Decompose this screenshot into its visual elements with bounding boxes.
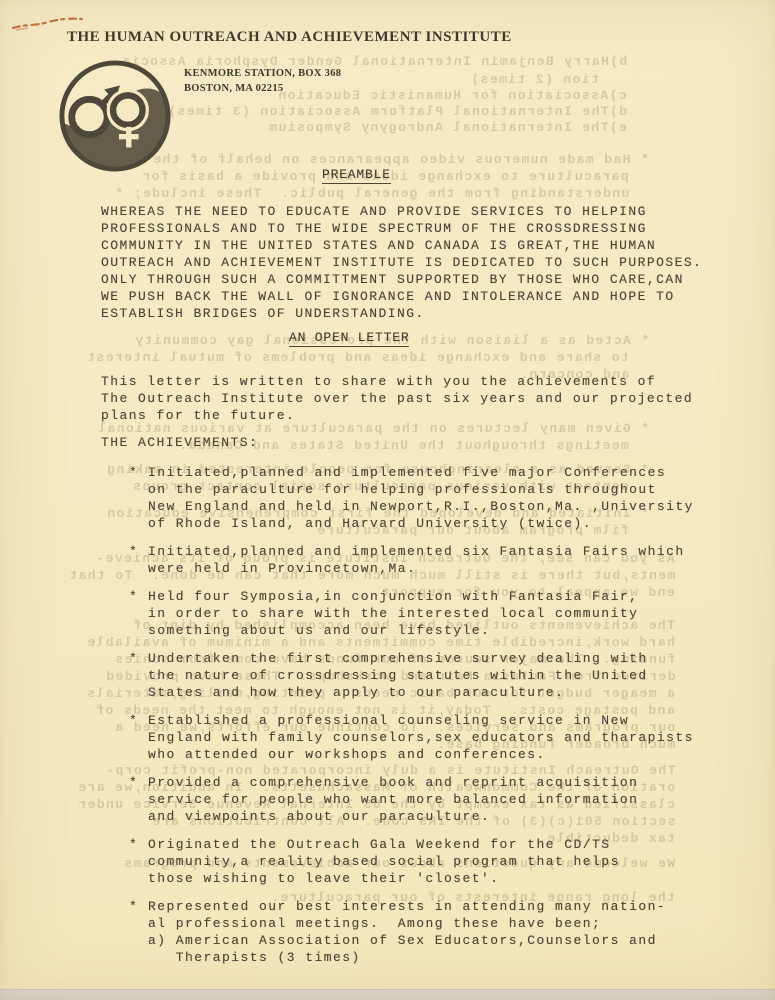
letterhead-title: THE HUMAN OUTREACH AND ACHIEVEMENT INSTI…: [67, 29, 512, 46]
bleedthrough-text: d)The International Platform Association…: [167, 103, 627, 120]
achievement-text: Represented our best interests in attend…: [148, 898, 694, 966]
bullet-asterisk: *: [129, 464, 138, 481]
bleedthrough-text: * Had made numerous video appearances on…: [152, 151, 649, 168]
open-letter-intro: This letter is written to share with you…: [101, 373, 693, 424]
bullet-asterisk: *: [129, 543, 138, 560]
achievement-item: *Initiated,planned and implemented five …: [129, 464, 694, 532]
achievement-text: Held four Symposia,in conjunction with F…: [148, 588, 694, 639]
preamble-paragraph: WHEREAS THE NEED TO EDUCATE AND PROVIDE …: [101, 203, 702, 322]
address-line1: KENMORE STATION, BOX 368: [184, 68, 341, 79]
achievement-item: *Originated the Outreach Gala Weekend fo…: [129, 836, 694, 887]
letterhead-address: KENMORE STATION, BOX 368 BOSTON, MA 0221…: [184, 66, 341, 96]
achievement-text: Originated the Outreach Gala Weekend for…: [148, 836, 694, 887]
open-letter-heading: AN OPEN LETTER: [289, 330, 409, 347]
achievement-item: *Provided a comprehensive book and repri…: [129, 774, 694, 825]
achievement-item: *Undertaken the first comprehensive surv…: [129, 650, 694, 701]
scanned-letter-page: b)Harry Benjamin International Gender Dy…: [0, 0, 775, 1000]
achievement-item: *Initiated,planned and implemented six F…: [129, 543, 694, 577]
bleedthrough-text: e)The International Androgyny Symposium: [268, 119, 627, 136]
achievement-text: Provided a comprehensive book and reprin…: [148, 774, 694, 825]
bullet-asterisk: *: [129, 836, 138, 853]
achievement-text: Initiated,planned and implemented five m…: [148, 464, 694, 532]
scanner-edge-strip: [0, 989, 775, 1000]
bullet-asterisk: *: [129, 774, 138, 791]
address-line2: BOSTON, MA 02215: [184, 83, 283, 94]
achievement-item: *Established a professional counseling s…: [129, 712, 694, 763]
achievement-text: Established a professional counseling se…: [148, 712, 694, 763]
bullet-asterisk: *: [129, 650, 138, 667]
achievements-heading: THE ACHIEVEMENTS:: [101, 434, 258, 451]
achievement-text: Undertaken the first comprehensive surve…: [148, 650, 694, 701]
gender-symbols-logo-icon: [57, 58, 175, 176]
bleedthrough-text: to share and exchange ideas and problems…: [86, 349, 629, 366]
achievement-item: *Held four Symposia,in conjunction with …: [129, 588, 694, 639]
preamble-heading: PREAMBLE: [322, 167, 391, 184]
bullet-asterisk: *: [129, 898, 138, 915]
achievement-item: *Represented our best interests in atten…: [129, 898, 694, 966]
bleedthrough-text: tion (2 times): [470, 71, 599, 88]
bleedthrough-text: understanding from the general public. T…: [114, 185, 629, 202]
achievement-text: Initiated,planned and implemented six Fa…: [148, 543, 694, 577]
bullet-asterisk: *: [129, 712, 138, 729]
bullet-asterisk: *: [129, 588, 138, 605]
achievements-list: *Initiated,planned and implemented five …: [129, 464, 694, 977]
